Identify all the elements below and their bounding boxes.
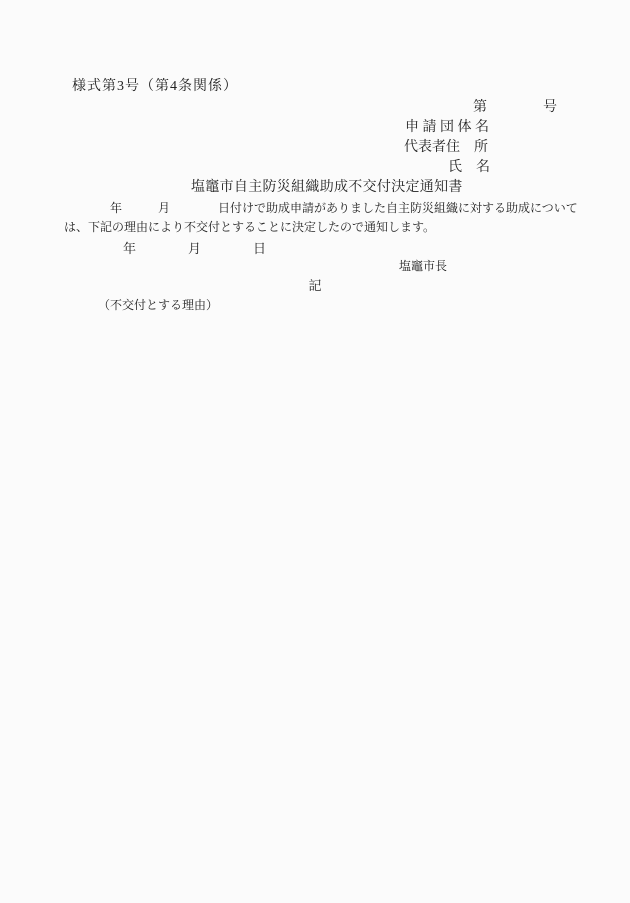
sender-mayor-label: 塩竈市長 [399,259,447,273]
representative-name-label: 氏 名 [448,160,490,177]
body-paragraph-line1: 年 月 日付けで助成申請がありました自主防災組織に対する助成について [110,201,578,215]
applicant-group-name-label: 申 請 団 体 名 [405,120,489,137]
form-number-label: 様式第3号（第4条関係） [72,79,238,96]
ki-section-marker: 記 [0,278,630,294]
document-page: 様式第3号（第4条関係） 第 号 申 請 団 体 名 代表者住 所 氏 名 塩竈… [0,0,630,903]
non-grant-reason-label: （不交付とする理由） [98,298,218,312]
document-title: 塩竈市自主防災組織助成不交付決定通知書 [191,180,463,197]
document-number-line: 第 号 [473,100,557,117]
issue-date-line: 年 月 日 [123,241,266,257]
body-paragraph-line2: は、下記の理由により不交付とすることに決定したので通知します。 [64,220,435,234]
representative-address-label: 代表者住 所 [404,140,488,157]
